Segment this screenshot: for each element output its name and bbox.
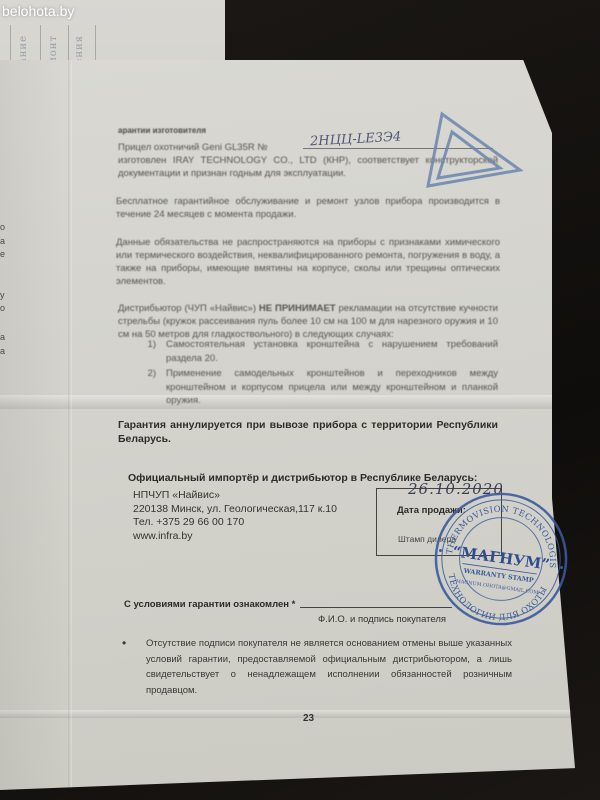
paragraph-distributor: Дистрибьютор (ЧУП «Найвис») НЕ ПРИНИМАЕТ…	[118, 302, 498, 341]
magnum-warranty-stamp: THERMOVISION TECHNOLOGIS ТЕХНОЛОГИИ ДЛЯ …	[432, 490, 570, 628]
importer-website: www.infra.by	[133, 530, 337, 544]
signature-line	[300, 607, 452, 608]
left-page-fragment: а	[0, 346, 5, 356]
paragraph-exclusions: Данные обязательства не распространяются…	[116, 236, 500, 288]
importer-details: НПЧУП «Найвис» 220138 Минск, ул. Геологи…	[133, 489, 337, 543]
left-page-fragment: о	[0, 222, 5, 232]
importer-phone: Тел. +375 29 66 00 170	[133, 516, 337, 530]
left-page-fragment: а	[0, 236, 5, 246]
left-page-fragment: о	[0, 303, 5, 313]
list-item-number: 1)	[118, 338, 166, 365]
list-item: 2) Применение самодельных кронштейнов и …	[118, 367, 498, 408]
list-item-text: Самостоятельная установка кронштейна с н…	[166, 338, 498, 365]
acknowledgement-label: С условиями гарантии ознакомлен *	[124, 598, 295, 611]
distributor-not-accepted: НЕ ПРИНИМАЕТ	[259, 303, 336, 314]
left-page-fragment: а	[0, 332, 5, 342]
note-paragraph: • Отсутствие подписи покупателя не являе…	[122, 636, 512, 698]
list-item-text: Применение самодельных кронштейнов и пер…	[166, 367, 498, 408]
signature-caption: Ф.И.О. и подпись покупателя	[318, 613, 446, 626]
list-item-number: 2)	[118, 367, 166, 408]
left-page-fragment: е	[0, 249, 5, 259]
annulment-notice: Гарантия аннулируется при вывозе прибора…	[118, 418, 498, 446]
watermark: belohota.by	[2, 3, 74, 19]
triangle-stamp-icon	[420, 108, 530, 188]
section-title: арантии изготовителя	[118, 124, 206, 137]
product-line-prefix: Прицел охотничий Geni GL35R №	[118, 142, 268, 153]
page-number: 23	[303, 712, 314, 725]
paragraph-free-service: Бесплатное гарантийное обслуживание и ре…	[116, 195, 500, 221]
list-item: 1) Самостоятельная установка кронштейна …	[118, 338, 498, 365]
bullet-icon: •	[122, 636, 146, 698]
exclusion-list: 1) Самостоятельная установка кронштейна …	[118, 338, 498, 410]
left-page-fragment: у	[0, 290, 5, 300]
importer-name: НПЧУП «Найвис»	[133, 489, 337, 503]
importer-address: 220138 Минск, ул. Геологическая,117 к.10	[133, 503, 337, 517]
distributor-prefix: Дистрибьютор (ЧУП «Найвис»)	[118, 303, 256, 314]
note-text: Отсутствие подписи покупателя не являетс…	[146, 636, 512, 698]
